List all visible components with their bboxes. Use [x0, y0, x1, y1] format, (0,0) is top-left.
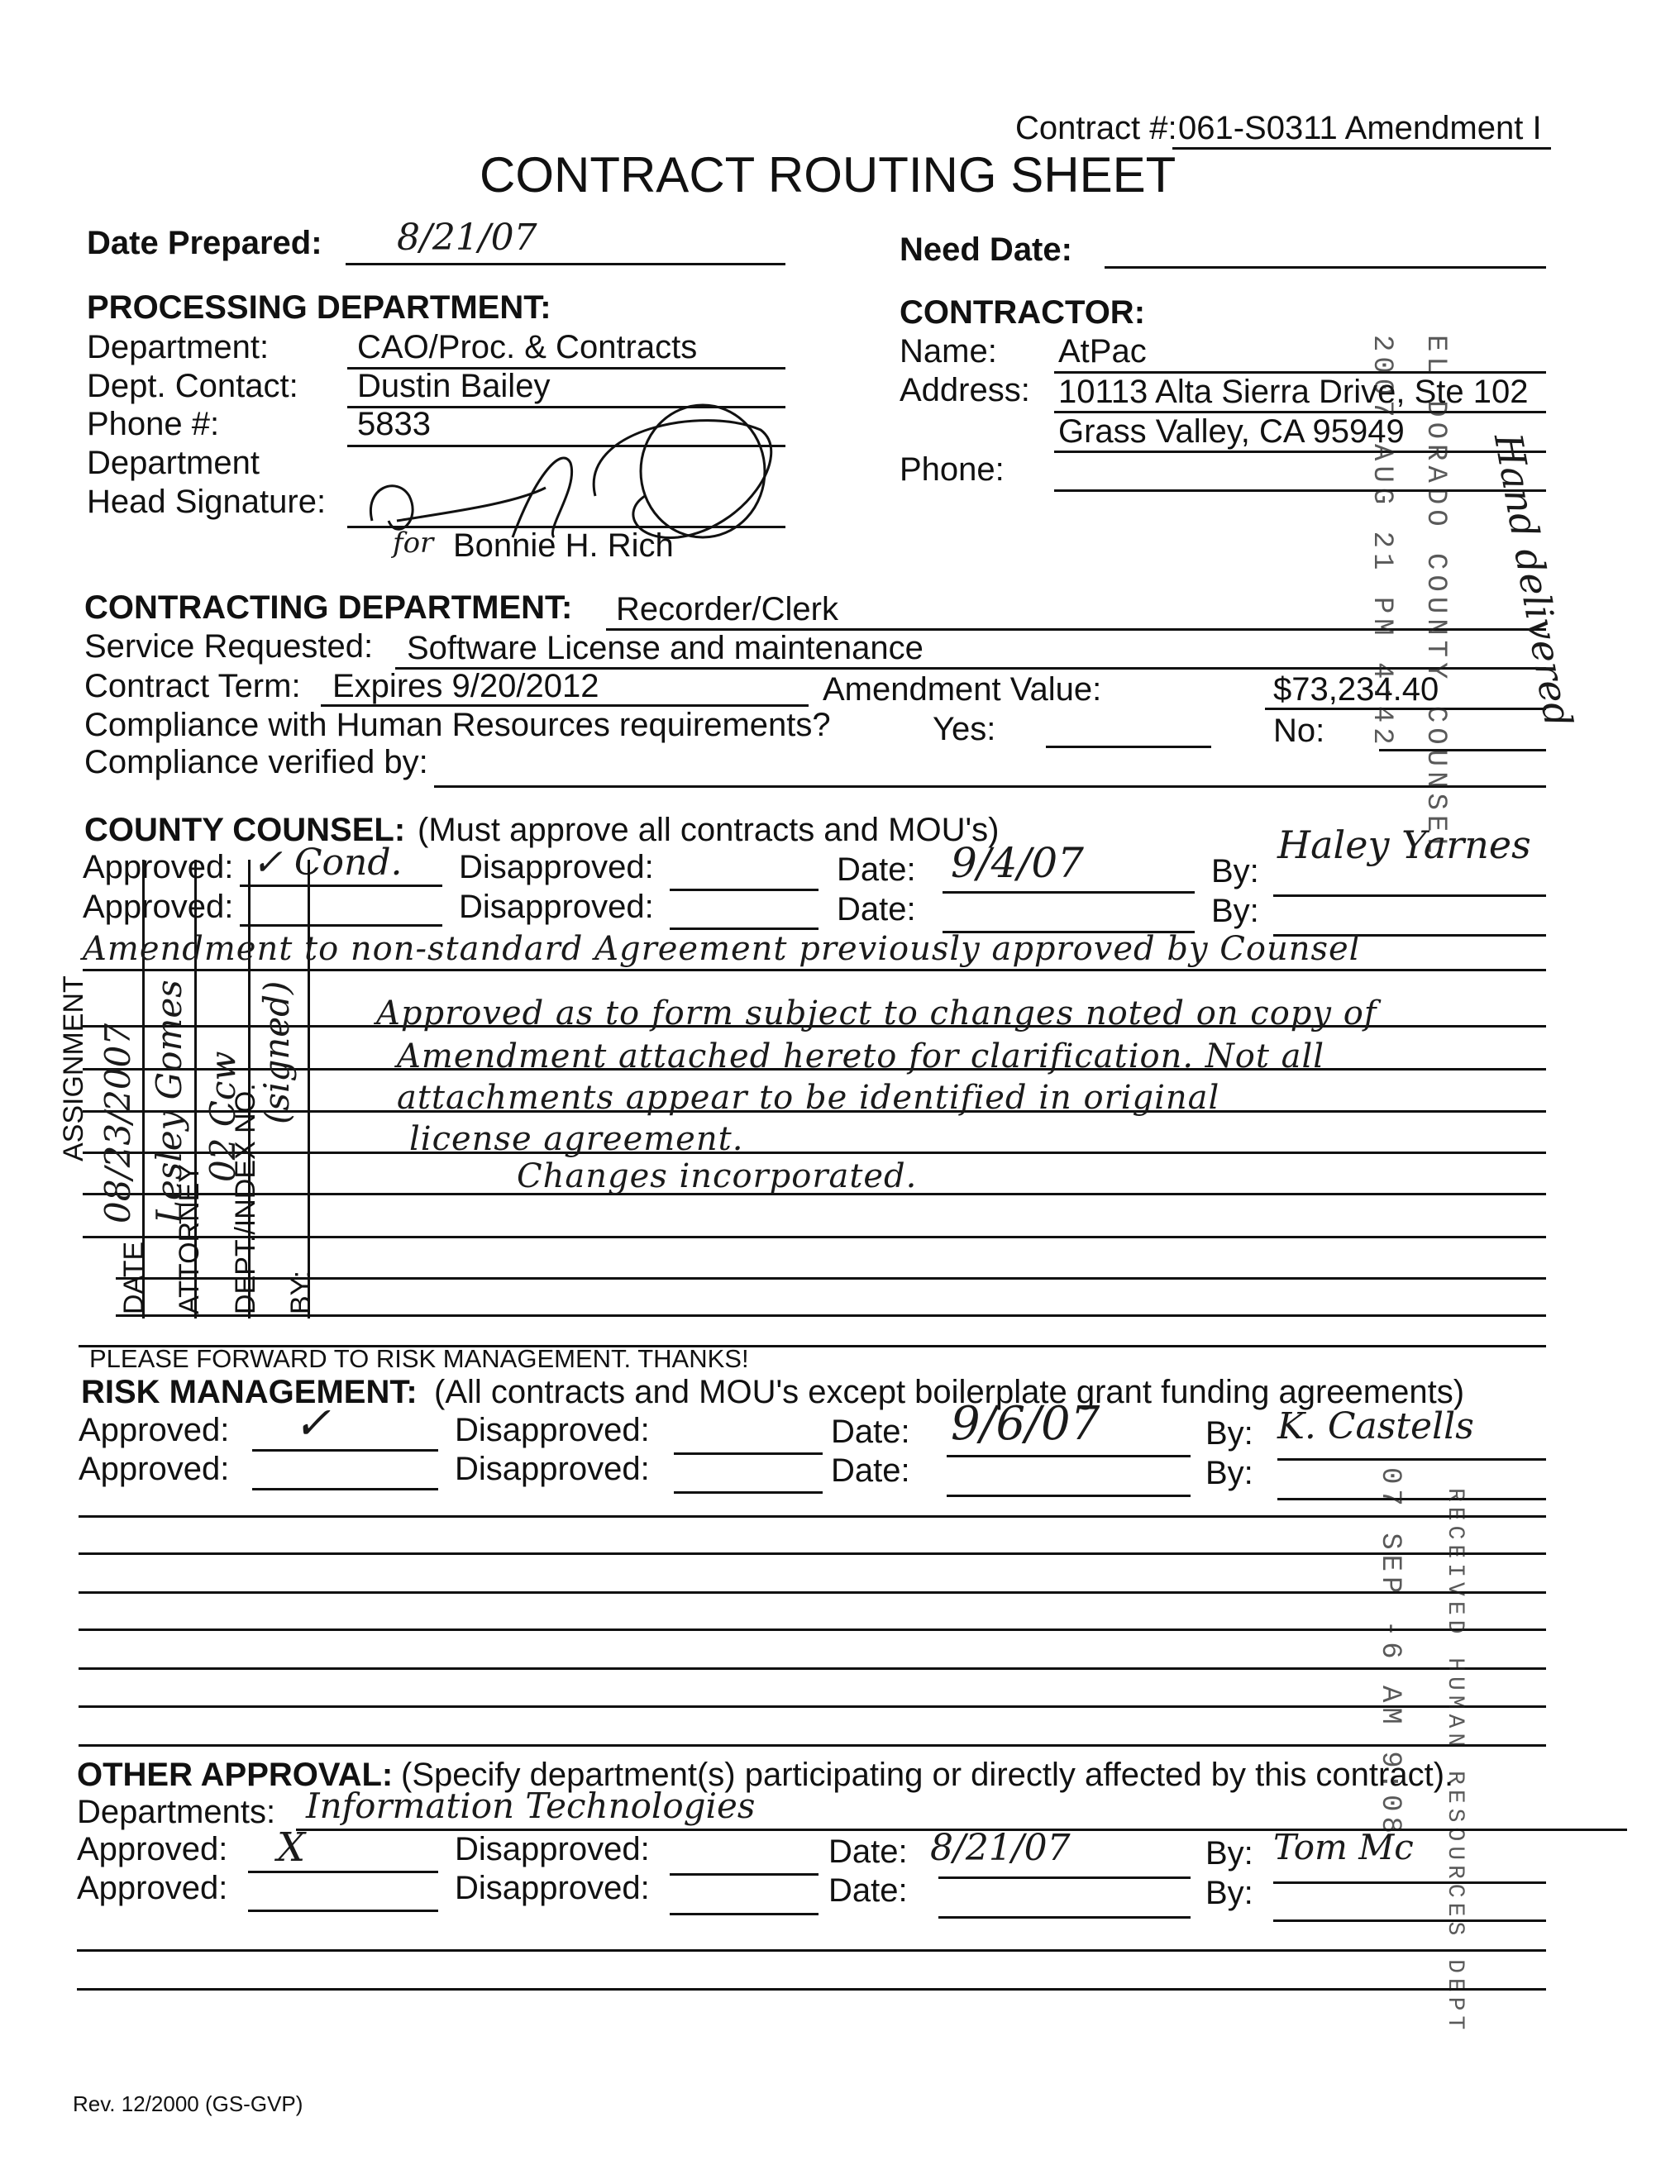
rm-disapproved-label-2: Disapproved: — [455, 1451, 650, 1487]
cc-approved-label-2: Approved: — [83, 889, 233, 925]
county-counsel-stamp-org: EL DORADO COUNTY COUNSEL — [1420, 335, 1451, 859]
oa-by-label-2: By: — [1205, 1875, 1253, 1911]
comment-line-8 — [116, 1277, 1546, 1280]
hr-compliance-label: Compliance with Human Resources requirem… — [84, 707, 831, 743]
form-revision: Rev. 12/2000 (GS-GVP) — [73, 2091, 303, 2117]
cc-disapproved-field-1[interactable] — [670, 889, 819, 891]
service-requested-value: Software License and maintenance — [407, 630, 924, 666]
cc-date-label-2: Date: — [837, 891, 916, 927]
cc-by-label-1: By: — [1211, 853, 1259, 889]
cc-approved-field-1 — [240, 885, 442, 887]
oa-by-label-1: By: — [1205, 1835, 1253, 1872]
contract-number-label: Contract #: — [1015, 110, 1177, 146]
rm-date-field-2[interactable] — [947, 1495, 1191, 1497]
date-prepared-field — [346, 263, 785, 265]
assignment-title: ASSIGNMENT — [58, 975, 90, 1161]
rm-date-label-2: Date: — [831, 1452, 910, 1489]
oa-approved-value-1[interactable]: X — [277, 1824, 305, 1871]
oa-by-field-1 — [1273, 1881, 1546, 1884]
comment-line-5 — [83, 1152, 1546, 1154]
contractor-address-label: Address: — [900, 372, 1030, 408]
cc-approved-field-2[interactable] — [240, 924, 442, 927]
oa-disapproved-field-1[interactable] — [670, 1873, 819, 1876]
contract-number-underline — [1172, 147, 1551, 150]
rm-date-value-1[interactable]: 9/6/07 — [951, 1397, 1100, 1451]
oa-approved-field-2[interactable] — [248, 1910, 438, 1912]
rm-by-label-1: By: — [1205, 1415, 1253, 1452]
contractor-heading: CONTRACTOR: — [900, 294, 1145, 331]
rm-date-label-1: Date: — [831, 1414, 910, 1450]
comment-line-9 — [116, 1314, 1546, 1317]
counsel-comment-4: attachments appear to be identified in o… — [397, 1079, 1219, 1117]
cc-date-field-1 — [943, 891, 1195, 894]
cc-by-field-1 — [1273, 894, 1546, 897]
oa-date-label-2: Date: — [828, 1872, 908, 1909]
head-signature-label-1: Department — [87, 445, 260, 481]
date-prepared-label: Date Prepared: — [87, 225, 322, 261]
hr-no-field[interactable] — [1379, 749, 1546, 751]
rm-approved-value-1[interactable]: ✓ — [294, 1397, 331, 1449]
contractor-address-field-2 — [1054, 451, 1546, 453]
compliance-verified-field[interactable] — [434, 785, 1546, 788]
rm-by-field-2[interactable] — [1277, 1498, 1546, 1500]
risk-comment-line-6 — [79, 1705, 1546, 1708]
hr-yes-label: Yes: — [933, 711, 995, 747]
rm-by-field-1 — [1277, 1458, 1546, 1461]
assignment-date-label: DATE — [118, 1242, 150, 1314]
contractor-phone-label: Phone: — [900, 451, 1005, 488]
rm-approved-field-1 — [252, 1449, 438, 1452]
rm-disapproved-label-1: Disapproved: — [455, 1412, 650, 1448]
other-comment-line-2 — [77, 1988, 1546, 1991]
county-counsel-note: (Must approve all contracts and MOU's) — [418, 812, 999, 848]
cc-date-value-1[interactable]: 9/4/07 — [951, 839, 1084, 887]
amendment-value: $73,234.40 — [1273, 671, 1439, 708]
head-signature-label-2: Head Signature: — [87, 484, 326, 520]
counsel-comment-6: Changes incorporated. — [517, 1157, 917, 1195]
risk-comment-line-7 — [79, 1744, 1546, 1747]
counsel-comment-1: Amendment to non-standard Agreement prev… — [83, 930, 1360, 968]
counsel-comment-5: license agreement. — [409, 1120, 743, 1158]
need-date-field[interactable] — [1105, 266, 1546, 269]
contracting-dept-heading: CONTRACTING DEPARTMENT: — [84, 589, 572, 626]
risk-comment-line-4 — [79, 1628, 1546, 1631]
rm-date-field-1 — [947, 1455, 1191, 1457]
need-date-label: Need Date: — [900, 231, 1072, 268]
cc-by-label-2: By: — [1211, 893, 1259, 929]
processing-dept-heading: PROCESSING DEPARTMENT: — [87, 289, 551, 326]
contractor-name-value: AtPac — [1058, 333, 1147, 370]
contracting-dept-value: Recorder/Clerk — [616, 591, 838, 627]
page-title: CONTRACT ROUTING SHEET — [480, 149, 1176, 202]
other-comment-line-1 — [77, 1949, 1546, 1952]
assignment-date-value: 08/23/2007 — [98, 1023, 138, 1223]
assignment-by-label: BY: — [285, 1271, 317, 1314]
contract-term-label: Contract Term: — [84, 668, 301, 704]
date-prepared-value[interactable]: 8/21/07 — [397, 217, 537, 259]
phone-label: Phone #: — [87, 406, 219, 442]
oa-disapproved-field-2[interactable] — [670, 1913, 819, 1915]
service-requested-label: Service Requested: — [84, 628, 373, 665]
oa-date-field-2[interactable] — [938, 1916, 1191, 1919]
oa-disapproved-label-2: Disapproved: — [455, 1870, 650, 1906]
oa-approved-label-1: Approved: — [77, 1831, 227, 1867]
rm-by-signature-1: K. Castells — [1277, 1405, 1474, 1447]
contractor-phone-field[interactable] — [1054, 489, 1546, 492]
cc-by-signature-1: Haley Yarnes — [1277, 823, 1531, 867]
cc-approved-value-1[interactable]: ✓ Cond. — [252, 842, 403, 884]
assignment-attorney-value: Lesley Gomes — [149, 980, 189, 1223]
hr-no-label: No: — [1273, 713, 1324, 749]
cc-date-label-1: Date: — [837, 851, 916, 888]
contractor-name-label: Name: — [900, 333, 997, 370]
hr-yes-field[interactable] — [1046, 746, 1211, 748]
signature-for-prefix: for — [393, 527, 433, 560]
departments-label: Departments: — [77, 1794, 275, 1830]
oa-date-value-1[interactable]: 8/21/07 — [930, 1827, 1071, 1869]
oa-by-field-2[interactable] — [1273, 1919, 1546, 1922]
risk-comment-line-2 — [79, 1552, 1546, 1555]
assignment-by-value: (signed) — [256, 981, 297, 1124]
dept-contact-label: Dept. Contact: — [87, 368, 298, 404]
contractor-address-line2: Grass Valley, CA 95949 — [1058, 413, 1405, 450]
cc-disapproved-label-1: Disapproved: — [459, 849, 654, 885]
head-signature-name: Bonnie H. Rich — [453, 527, 674, 564]
comment-line-7 — [83, 1236, 1546, 1238]
county-counsel-received-stamp: 2007 AUG 21 PM 4:42 — [1366, 335, 1397, 750]
contract-number-value: 061-S0311 Amendment I — [1178, 110, 1542, 146]
department-value: CAO/Proc. & Contracts — [357, 329, 697, 365]
counsel-comment-3: Amendment attached hereto for clarificat… — [397, 1037, 1324, 1075]
assignment-divider-4 — [308, 860, 310, 1319]
rm-by-label-2: By: — [1205, 1455, 1253, 1491]
oa-approved-label-2: Approved: — [77, 1870, 227, 1906]
rm-approved-label-1: Approved: — [79, 1412, 229, 1448]
risk-comment-line-3 — [79, 1591, 1546, 1594]
oa-approved-field-1 — [248, 1871, 438, 1873]
contract-term-value: Expires 9/20/2012 — [332, 668, 599, 704]
oa-date-field-1 — [938, 1876, 1191, 1879]
cc-approved-label-1: Approved: — [83, 849, 233, 885]
amendment-value-label: Amendment Value: — [823, 671, 1101, 708]
rm-disapproved-field-1[interactable] — [674, 1452, 823, 1455]
cc-disapproved-label-2: Disapproved: — [459, 889, 654, 925]
rm-disapproved-field-2[interactable] — [674, 1491, 823, 1494]
counsel-comment-2: Approved as to form subject to changes n… — [376, 994, 1377, 1032]
contractor-address-line1: 10113 Alta Sierra Drive, Ste 102 — [1058, 374, 1528, 410]
departments-value[interactable]: Information Technologies — [306, 1786, 755, 1826]
amendment-value-field — [1265, 708, 1546, 710]
risk-comment-line-5 — [79, 1667, 1546, 1670]
rm-approved-label-2: Approved: — [79, 1451, 229, 1487]
department-label: Department: — [87, 329, 269, 365]
compliance-verified-label: Compliance verified by: — [84, 744, 428, 780]
assignment-index-value: 02 Ccw — [203, 1051, 243, 1182]
oa-date-label-1: Date: — [828, 1834, 908, 1870]
risk-comment-line-1 — [79, 1515, 1546, 1518]
hand-delivered-note: Hand delivered — [1486, 430, 1582, 730]
comment-line-1 — [83, 969, 1546, 971]
oa-disapproved-label-1: Disapproved: — [455, 1831, 650, 1867]
oa-by-signature-1: Tom Mc — [1273, 1827, 1414, 1867]
forward-to-risk-note: PLEASE FORWARD TO RISK MANAGEMENT. THANK… — [89, 1341, 749, 1377]
risk-management-heading: RISK MANAGEMENT: — [81, 1374, 418, 1410]
rm-approved-field-2[interactable] — [252, 1488, 438, 1490]
